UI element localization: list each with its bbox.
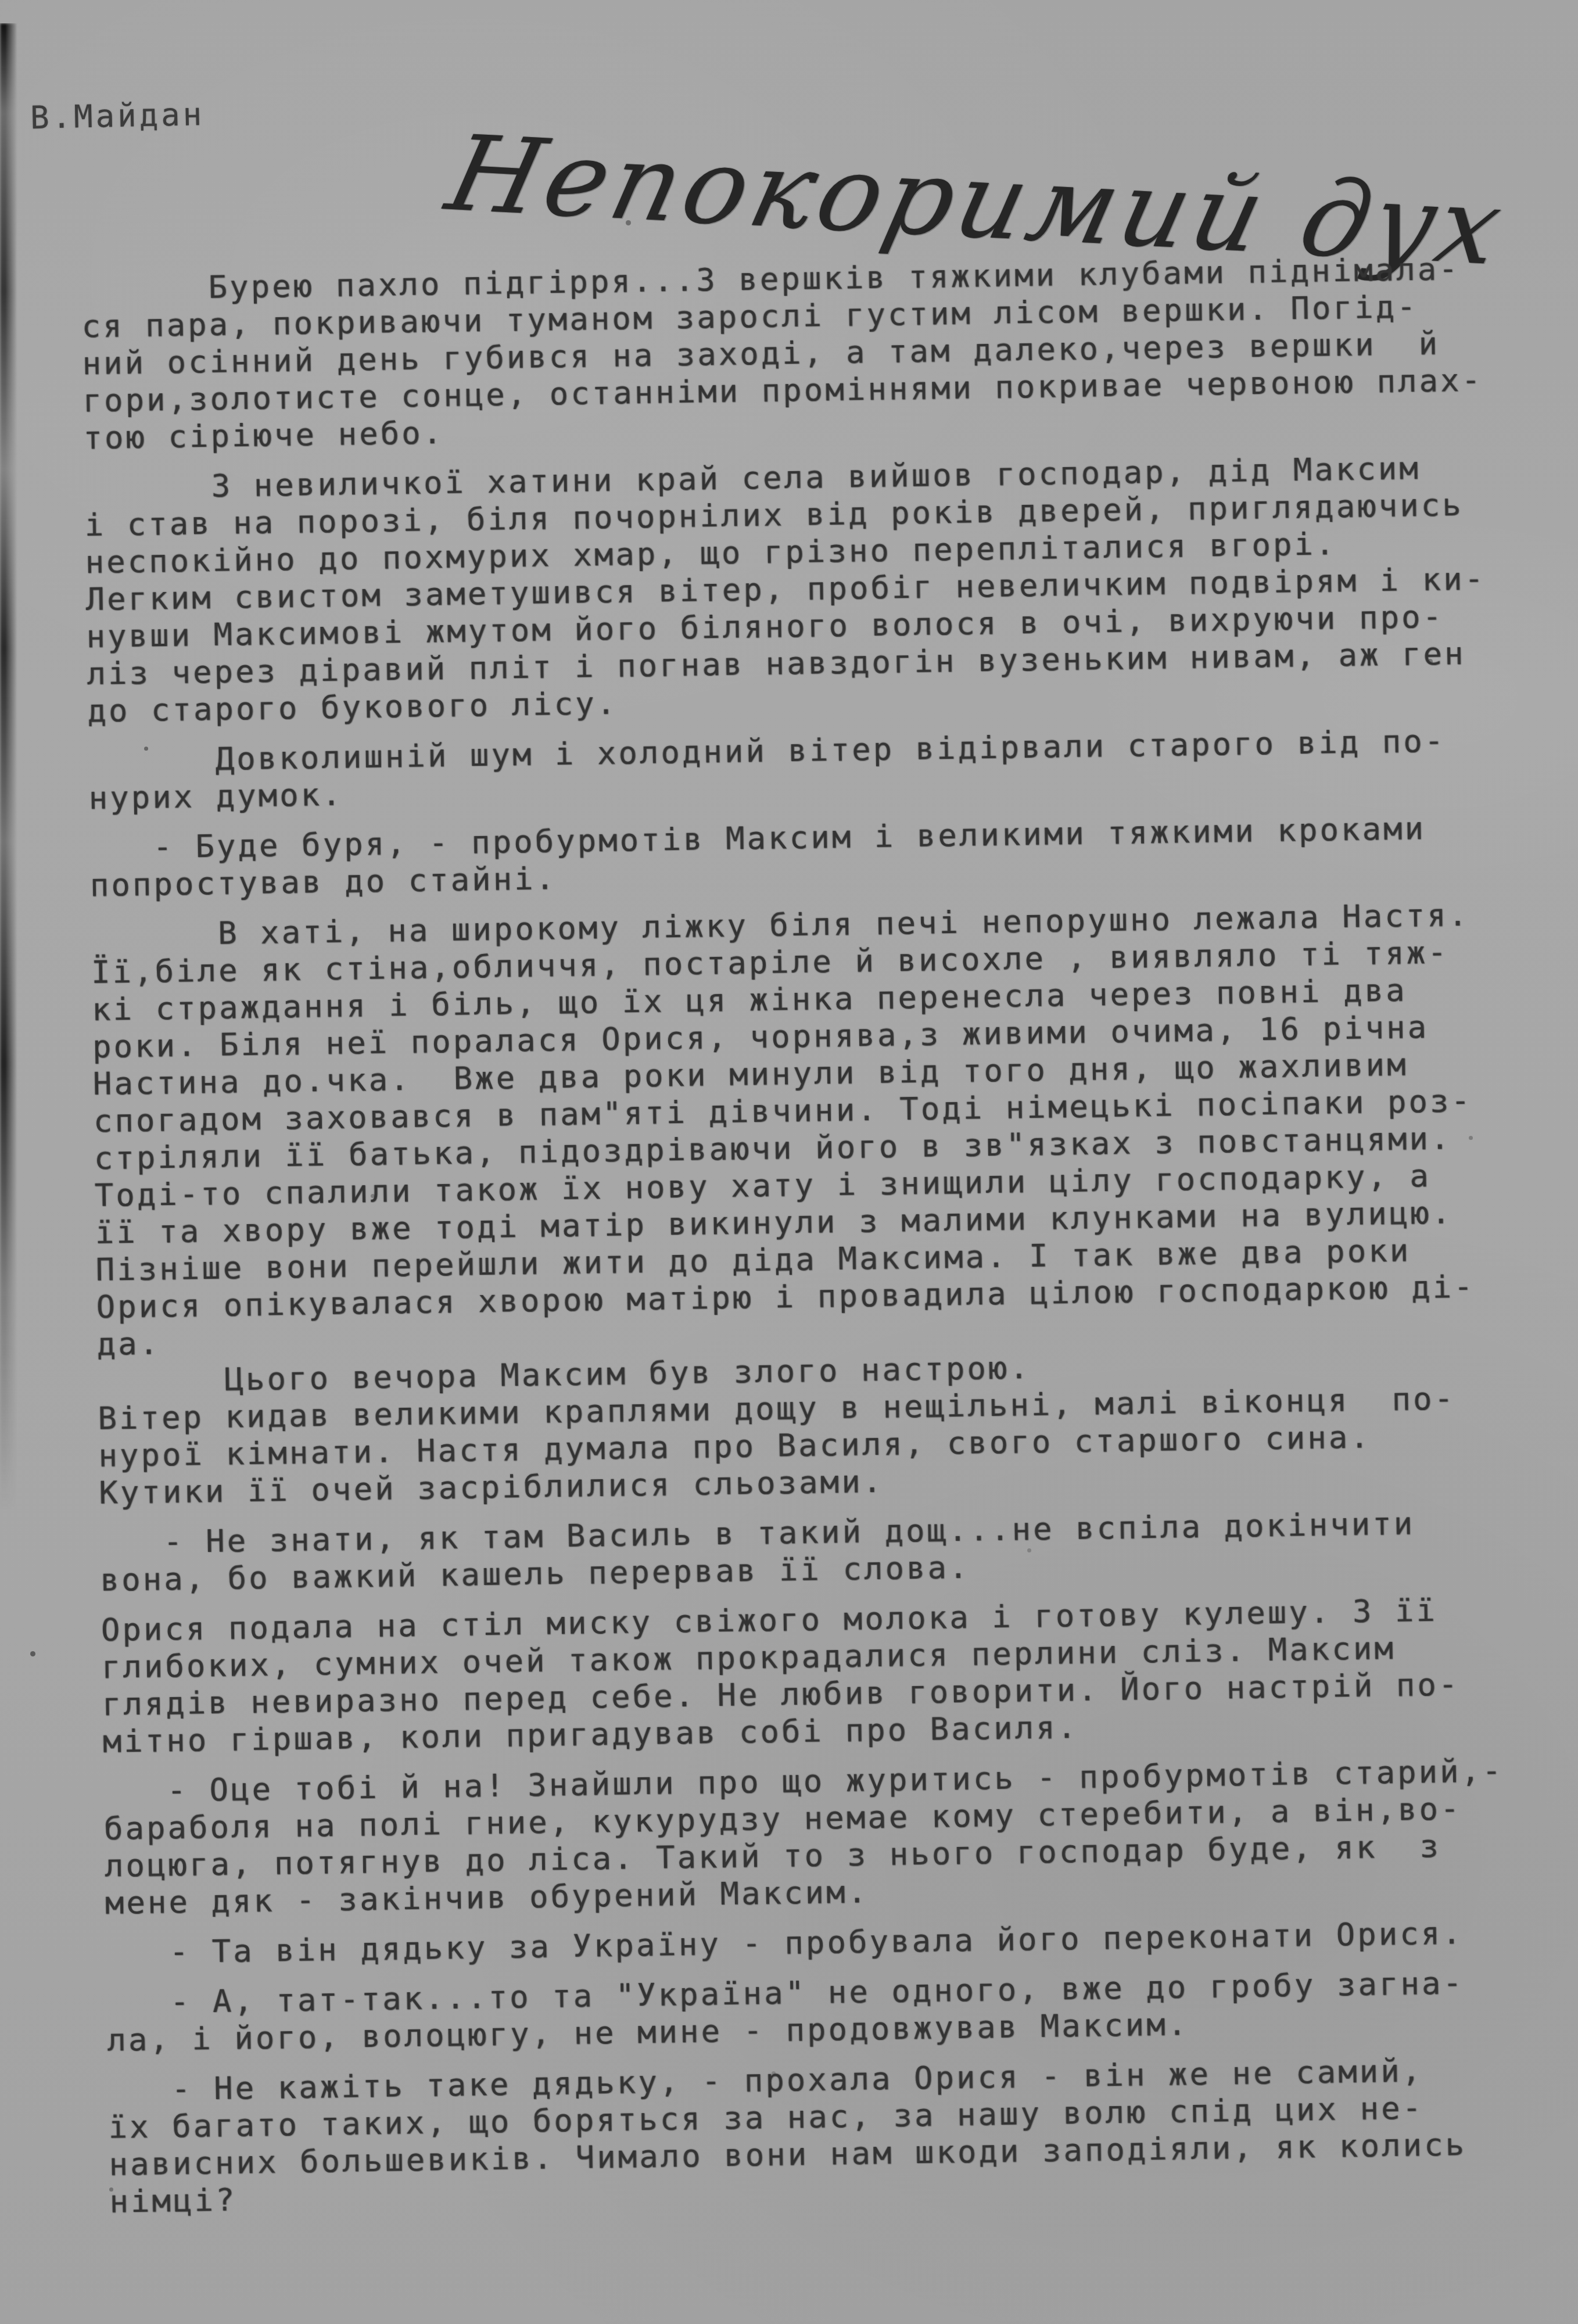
paragraph-1: Бурею пахло підгірря...З вершків тяжкими… bbox=[81, 249, 1550, 457]
paragraph-7: - Не знати, як там Василь в такий дощ...… bbox=[99, 1502, 1567, 1598]
author-name: В.Майдан bbox=[30, 96, 205, 136]
document-body: Бурею пахло підгірря...З вершків тяжкими… bbox=[0, 249, 1578, 2235]
paragraph-10: - Та він дядьку за Україну - пробувала й… bbox=[106, 1913, 1573, 1971]
paragraph-3: Довколишній шум і холодний вітер відірва… bbox=[88, 721, 1555, 817]
paragraph-4: - Буде буря, - пробурмотів Максим і вели… bbox=[89, 808, 1557, 904]
paragraph-8: Орися подала на стіл миску свіжого молок… bbox=[101, 1590, 1569, 1760]
paragraph-2: З невиличкої хатини край села вийшов гос… bbox=[84, 448, 1554, 730]
paragraph-11: - А, тат-так...то та "Україна" не одного… bbox=[106, 1963, 1574, 2058]
paragraph-6: Цього вечора Максим був злого настрою. В… bbox=[97, 1341, 1566, 1511]
scanned-typewritten-page: В.Майдан Непокоримий дух Бурею пахло під… bbox=[0, 0, 1578, 2324]
paragraph-12: - Не кажіть таке дядьку, - прохала Орися… bbox=[107, 2050, 1576, 2220]
paragraph-9: - Оце тобі й на! Знайшли про що журитись… bbox=[103, 1751, 1572, 1921]
paragraph-5: В хаті, на широкому ліжку біля печі непо… bbox=[91, 895, 1563, 1362]
